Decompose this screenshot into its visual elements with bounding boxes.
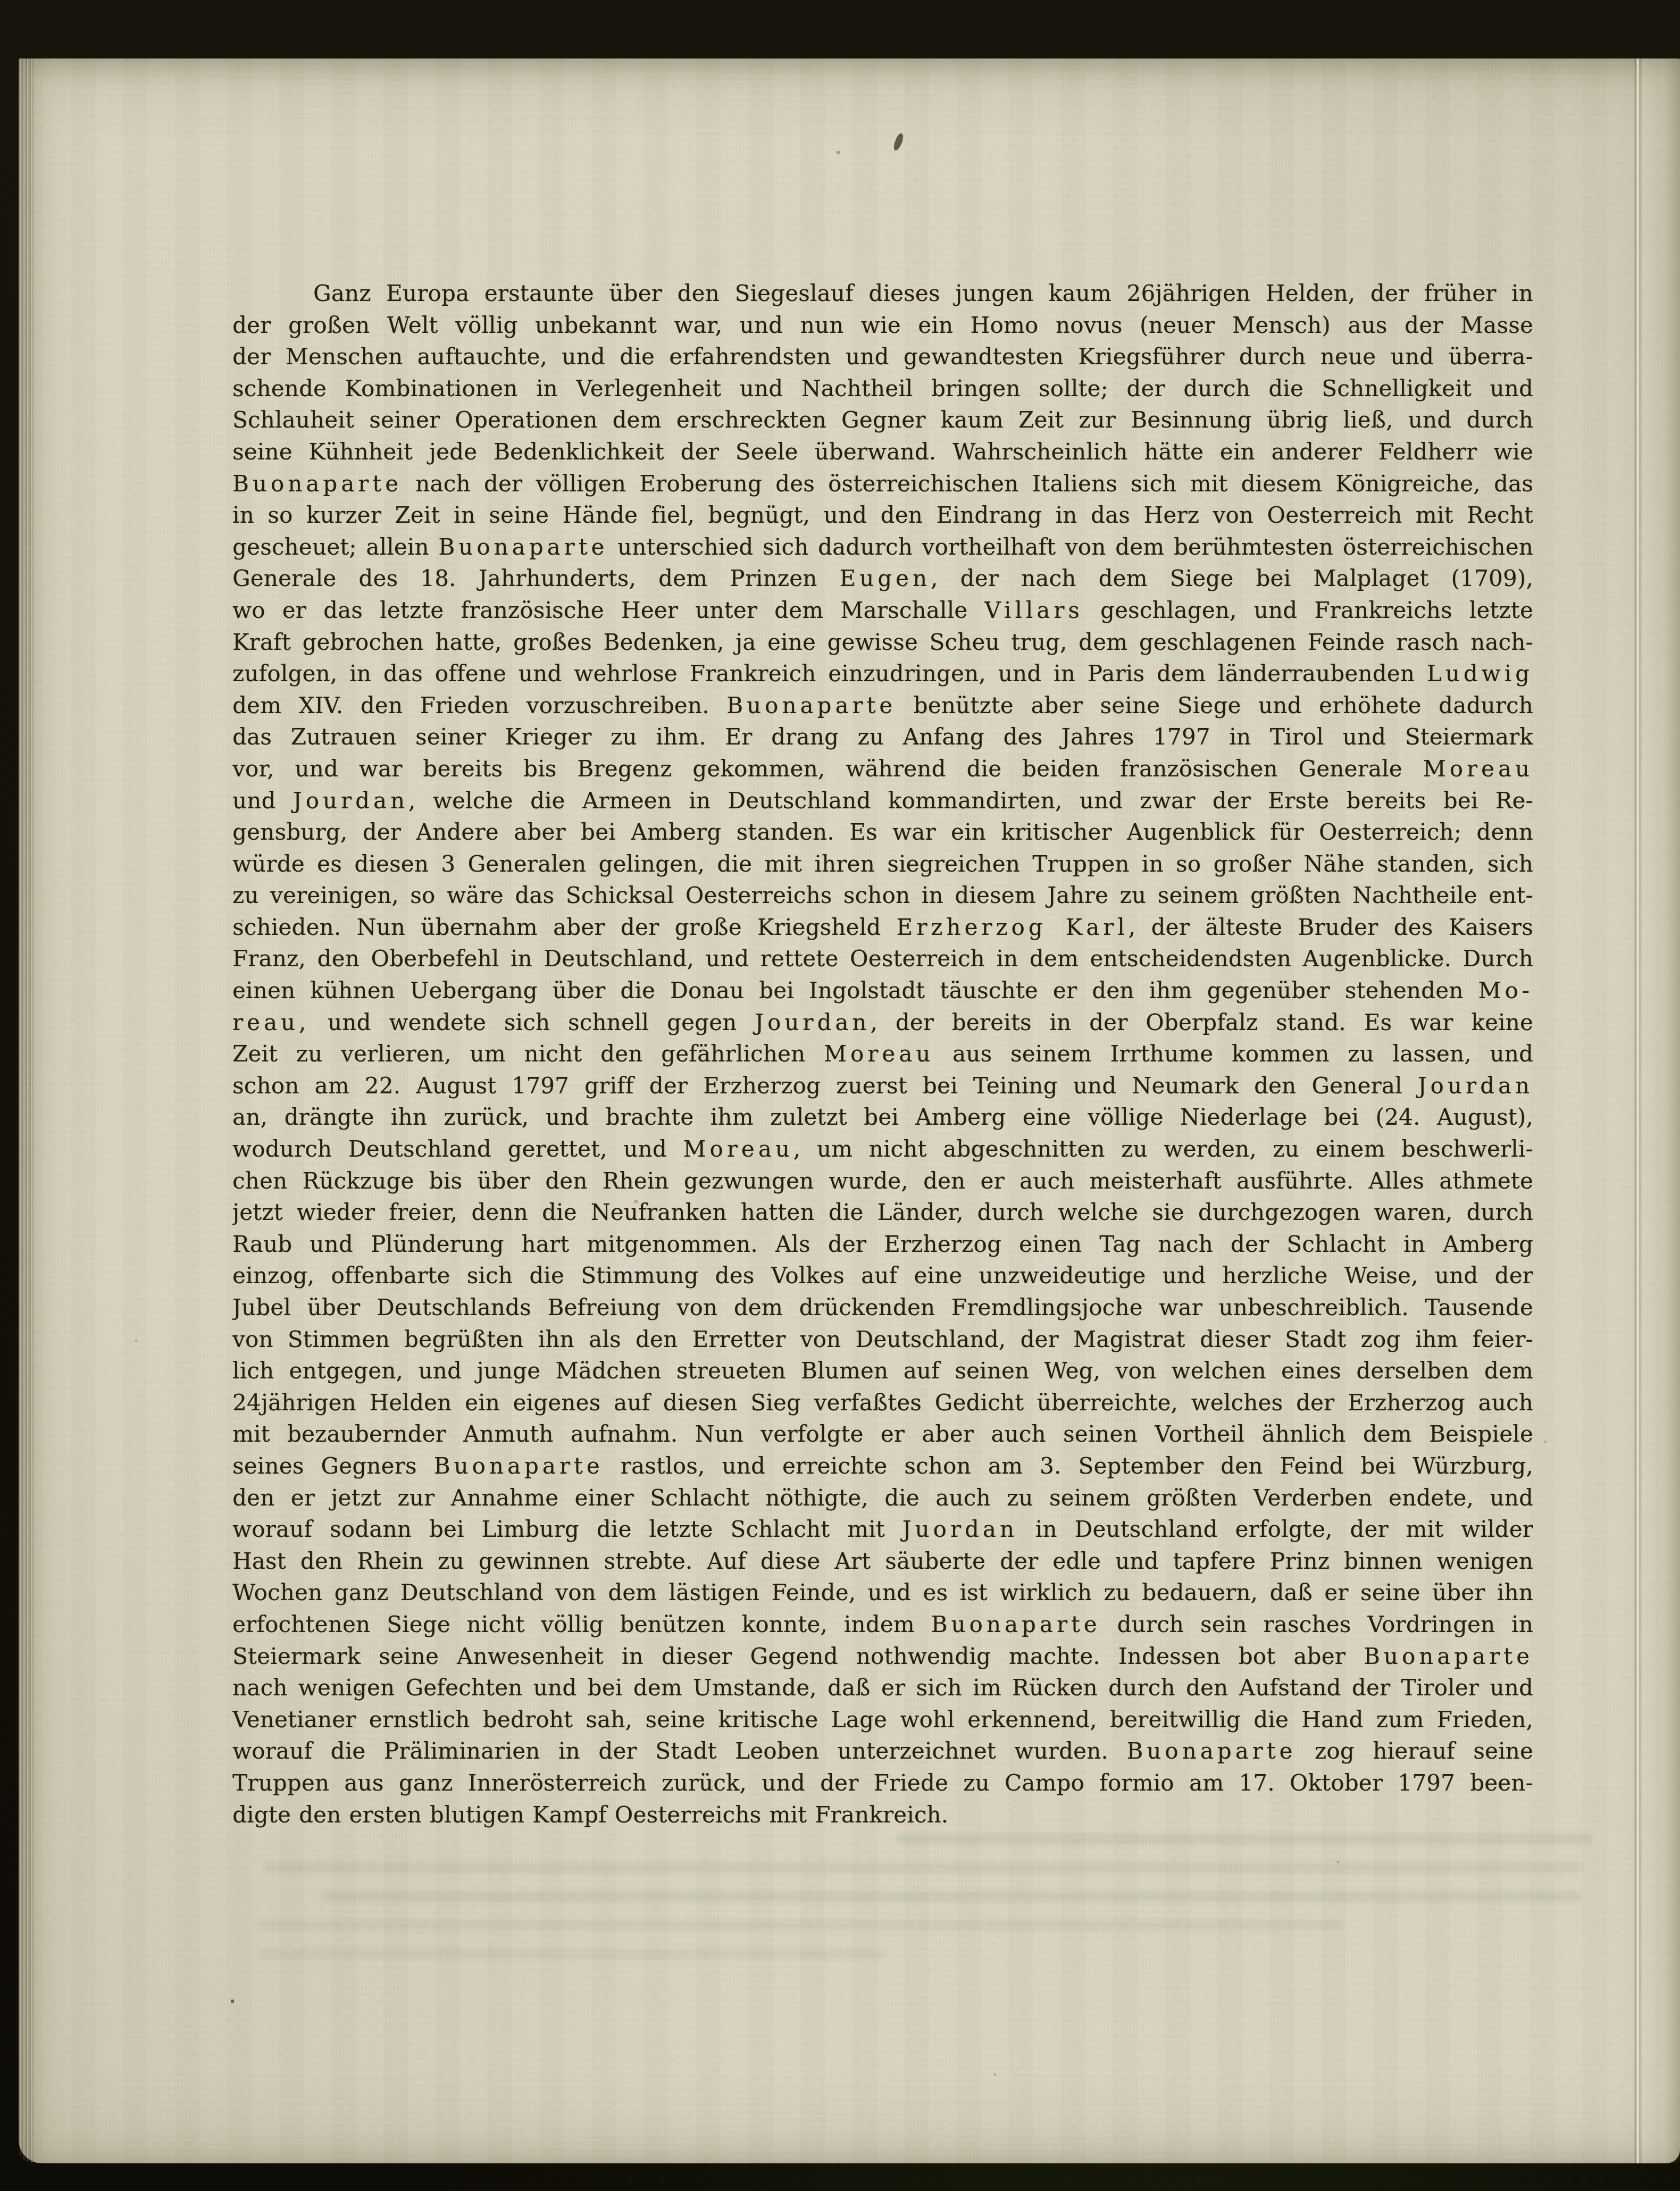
text-line: worauf sodann bei Limburg die letzte Sch… bbox=[232, 1513, 1533, 1545]
text-line: lich entgegen, und junge Mädchen streuet… bbox=[232, 1355, 1533, 1387]
text-line: der Menschen auftauchte, und die erfahre… bbox=[232, 341, 1533, 373]
text-line: vor, und war bereits bis Bregenz gekomme… bbox=[232, 753, 1533, 785]
text-line: von Stimmen begrüßten ihn als den Errett… bbox=[232, 1324, 1533, 1356]
text-line: gensburg, der Andere aber bei Amberg sta… bbox=[232, 816, 1533, 848]
text-line: 24jährigen Helden ein eigenes auf diesen… bbox=[232, 1387, 1533, 1419]
text-line: einen kühnen Uebergang über die Donau be… bbox=[232, 975, 1533, 1007]
text-line: Wochen ganz Deutschland von dem lästigen… bbox=[232, 1577, 1533, 1609]
text-line: schon am 22. August 1797 griff der Erzhe… bbox=[232, 1070, 1533, 1102]
verso-bleed-through bbox=[242, 1829, 1603, 2005]
text-line: schieden. Nun übernahm aber der große Kr… bbox=[232, 911, 1533, 943]
text-line: digte den ersten blutigen Kampf Oesterre… bbox=[232, 1799, 1533, 1831]
text-line: Schlauheit seiner Operationen dem erschr… bbox=[232, 404, 1533, 436]
text-line: Generale des 18. Jahrhunderts, dem Prinz… bbox=[232, 563, 1533, 595]
text-line: Hast den Rhein zu gewinnen strebte. Auf … bbox=[232, 1545, 1533, 1577]
fore-edge-leaf bbox=[1642, 58, 1680, 2163]
page-crease bbox=[1633, 58, 1642, 2163]
text-line: Buonaparte nach der völligen Eroberung d… bbox=[232, 468, 1533, 500]
text-line: Zeit zu verlieren, um nicht den gefährli… bbox=[232, 1038, 1533, 1070]
text-line: wodurch Deutschland gerettet, und Moreau… bbox=[232, 1133, 1533, 1165]
ink-speck bbox=[892, 132, 906, 152]
page-text: Ganz Europa erstaunte über den Siegeslau… bbox=[232, 278, 1533, 1830]
text-line: Jubel über Deutschlands Befreiung von de… bbox=[232, 1292, 1533, 1324]
text-line: Raub und Plünderung hart mitgenommen. Al… bbox=[232, 1228, 1533, 1260]
text-line: Truppen aus ganz Innerösterreich zurück,… bbox=[232, 1767, 1533, 1799]
page-stack-edge bbox=[19, 58, 34, 2163]
text-line: an, drängte ihn zurück, und brachte ihm … bbox=[232, 1101, 1533, 1133]
text-line: und Jourdan, welche die Armeen in Deutsc… bbox=[232, 785, 1533, 817]
text-line: den er jetzt zur Annahme einer Schlacht … bbox=[232, 1482, 1533, 1514]
text-line: erfochtenen Siege nicht völlig benützen … bbox=[232, 1609, 1533, 1641]
text-line: Franz, den Oberbefehl in Deutschland, un… bbox=[232, 943, 1533, 975]
text-line: nach wenigen Gefechten und bei dem Umsta… bbox=[232, 1672, 1533, 1704]
text-line: mit bezaubernder Anmuth aufnahm. Nun ver… bbox=[232, 1418, 1533, 1450]
book-page: Ganz Europa erstaunte über den Siegeslau… bbox=[19, 58, 1680, 2163]
text-line: worauf die Präliminarien in der Stadt Le… bbox=[232, 1735, 1533, 1767]
text-line: chen Rückzuge bis über den Rhein gezwung… bbox=[232, 1165, 1533, 1197]
text-line: seine Kühnheit jede Bedenklichkeit der S… bbox=[232, 436, 1533, 468]
text-line: das Zutrauen seiner Krieger zu ihm. Er d… bbox=[232, 721, 1533, 753]
text-line: schende Kombinationen in Verlegenheit un… bbox=[232, 373, 1533, 405]
text-line: Kraft gebrochen hatte, großes Bedenken, … bbox=[232, 626, 1533, 658]
text-line: der großen Welt völlig unbekannt war, un… bbox=[232, 310, 1533, 341]
text-line: Steiermark seine Anwesenheit in dieser G… bbox=[232, 1641, 1533, 1672]
text-line: zu vereinigen, so wäre das Schicksal Oes… bbox=[232, 880, 1533, 911]
text-line: Venetianer ernstlich bedroht sah, seine … bbox=[232, 1704, 1533, 1736]
paper-fiber-specks bbox=[19, 58, 20, 60]
text-line: würde es diesen 3 Generalen gelingen, di… bbox=[232, 848, 1533, 880]
text-line: einzog, offenbarte sich die Stimmung des… bbox=[232, 1260, 1533, 1292]
text-line: dem XIV. den Frieden vorzuschreiben. Buo… bbox=[232, 690, 1533, 722]
text-line: reau, und wendete sich schnell gegen Jou… bbox=[232, 1007, 1533, 1039]
text-line: Ganz Europa erstaunte über den Siegeslau… bbox=[232, 278, 1533, 310]
text-line: jetzt wieder freier, denn die Neufranken… bbox=[232, 1197, 1533, 1228]
text-line: seines Gegners Buonaparte rastlos, und e… bbox=[232, 1450, 1533, 1482]
text-line: in so kurzer Zeit in seine Hände fiel, b… bbox=[232, 499, 1533, 531]
text-line: gescheuet; allein Buonaparte unterschied… bbox=[232, 531, 1533, 563]
text-line: zufolgen, in das offene und wehrlose Fra… bbox=[232, 658, 1533, 690]
text-line: wo er das letzte französische Heer unter… bbox=[232, 595, 1533, 626]
